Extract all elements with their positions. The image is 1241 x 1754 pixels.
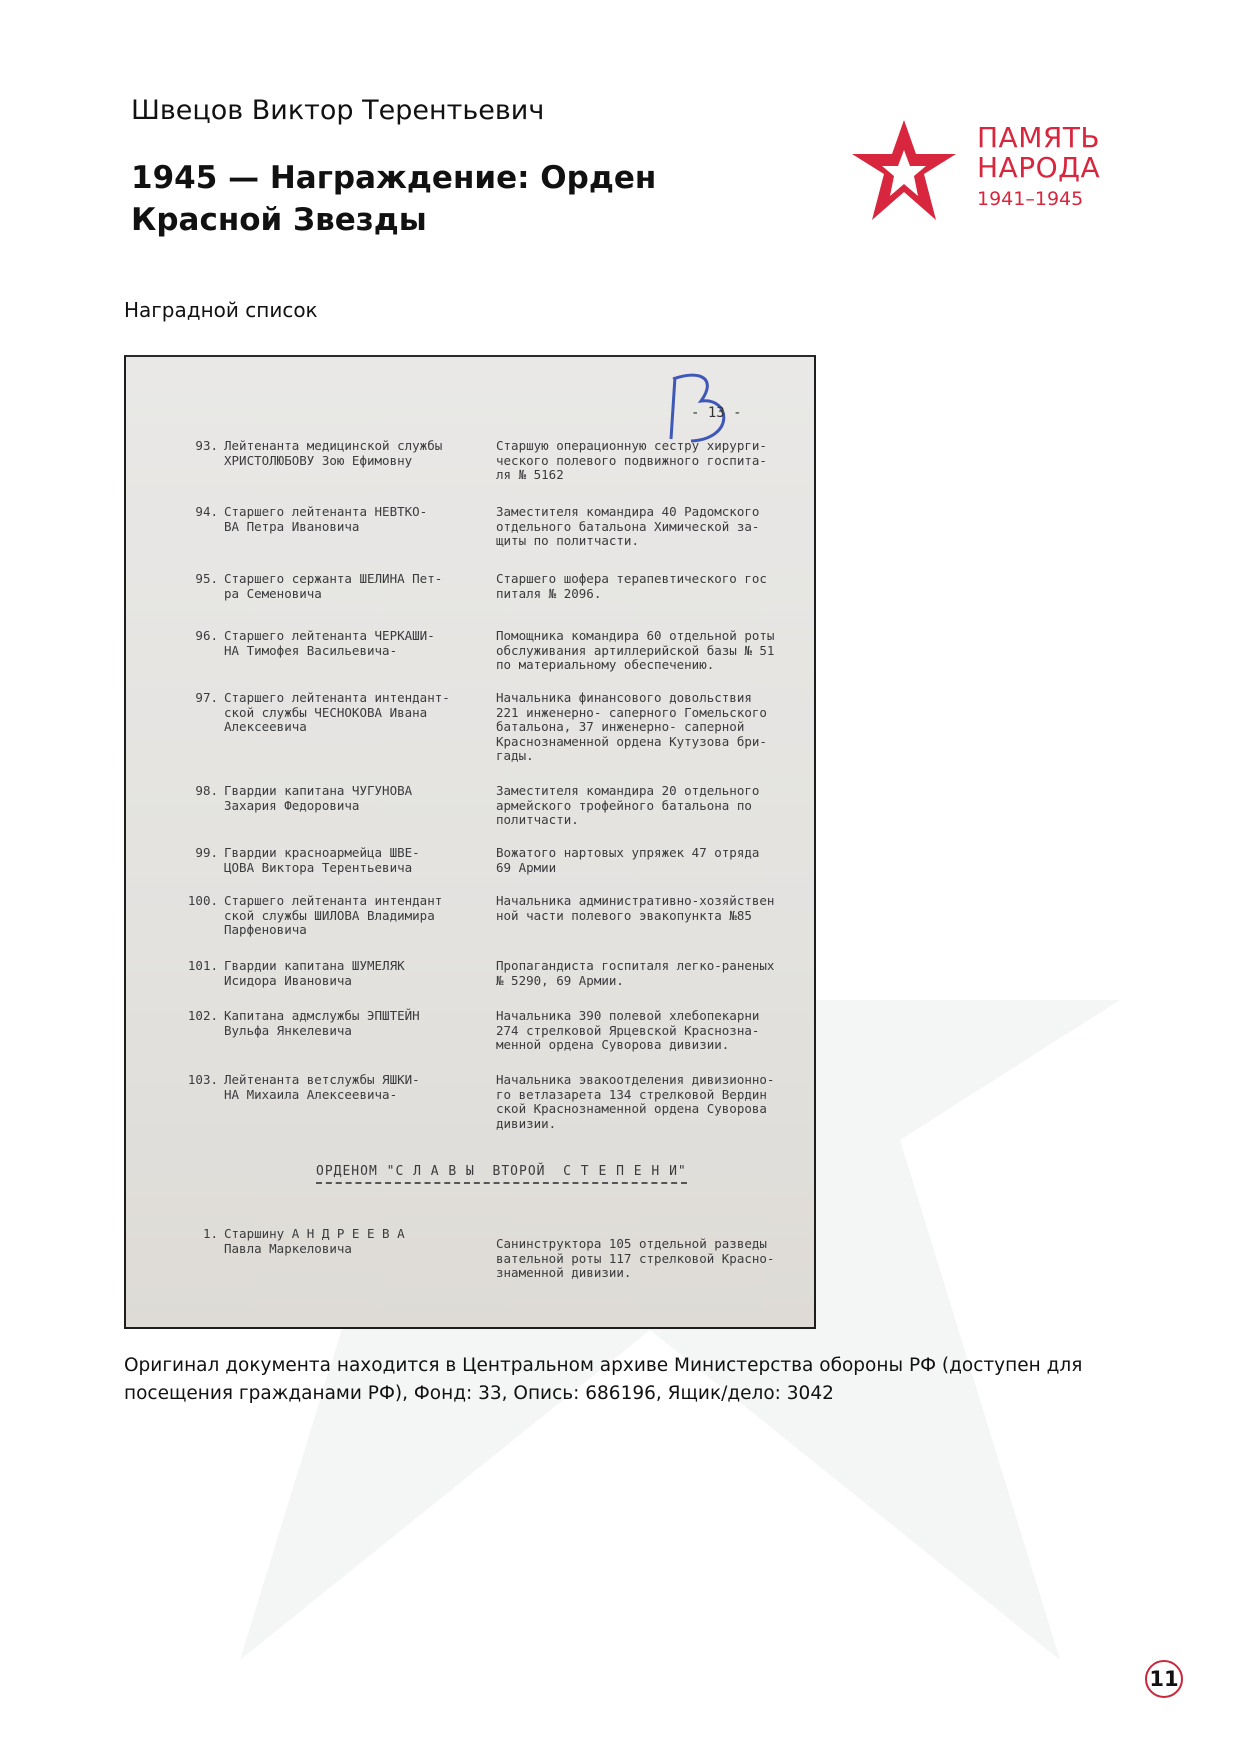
logo-line-1: ПАМЯТЬ (977, 121, 1100, 154)
document-scan: - 13 - 93.Лейтенанта медицинской службы … (124, 355, 816, 1329)
archive-caption: Оригинал документа находится в Центральн… (124, 1352, 1124, 1408)
pamyat-naroda-logo[interactable]: ПАМЯТЬ НАРОДА 1941–1945 (852, 115, 1122, 225)
person-name: Швецов Виктор Терентьевич (131, 95, 544, 126)
red-star-icon (852, 120, 956, 220)
section-heading: ОРДЕНОМ "С Л А В Ы ВТОРОЙ С Т Е П Е Н И" (316, 1164, 687, 1184)
award-title: 1945 — Награждение: Орден Красной Звезды (131, 157, 751, 241)
page-number-badge: 11 (1145, 1660, 1183, 1698)
logo-line-2: НАРОДА (977, 151, 1100, 184)
page-marker: - 13 - (691, 405, 742, 421)
document-label: Наградной список (124, 298, 318, 322)
logo-years: 1941–1945 (977, 188, 1083, 210)
